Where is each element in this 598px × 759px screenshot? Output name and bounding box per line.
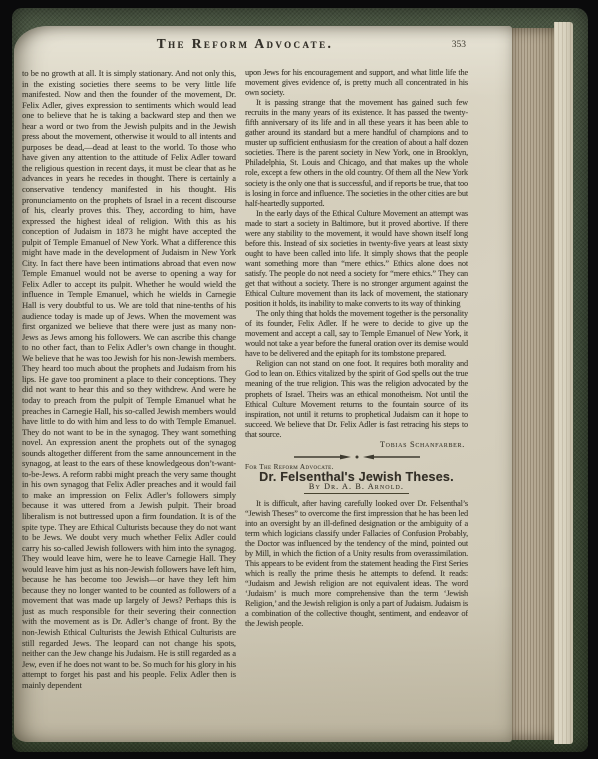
left-column-text: to be no growth at all. It is simply sta… <box>22 68 236 690</box>
text-columns: to be no growth at all. It is simply sta… <box>22 68 468 690</box>
paragraph: In the early days of the Ethical Culture… <box>245 209 468 309</box>
paragraph: It is passing strange that the movement … <box>245 98 468 209</box>
journal-page: The Reform Advocate. 353 to be no growth… <box>14 26 512 742</box>
author-signature: Tobias Schanfarber. <box>245 440 468 450</box>
right-column: upon Jews for his encouragement and supp… <box>245 68 468 690</box>
book-scan-scene: The Reform Advocate. 353 to be no growth… <box>0 0 598 759</box>
page-fore-edge-outer <box>554 22 573 744</box>
masthead: The Reform Advocate. 353 <box>22 36 468 60</box>
article-byline: By Dr. A. B. Arnold. <box>304 482 409 494</box>
paragraph: Religion can not stand on one foot. It r… <box>245 359 468 439</box>
journal-title: The Reform Advocate. <box>22 36 468 52</box>
page-content: The Reform Advocate. 353 to be no growth… <box>22 34 468 738</box>
paragraph: The only thing that holds the movement t… <box>245 309 468 359</box>
paragraph: upon Jews for his encouragement and supp… <box>245 68 468 98</box>
page-number: 353 <box>452 40 466 50</box>
left-column: to be no growth at all. It is simply sta… <box>22 68 236 690</box>
page-fore-edge-stack <box>512 28 554 740</box>
article-title: Dr. Felsenthal's Jewish Theses. <box>245 472 468 482</box>
section-divider-icon <box>293 453 421 461</box>
article-opening-paragraph: It is difficult, after having carefully … <box>245 499 468 630</box>
